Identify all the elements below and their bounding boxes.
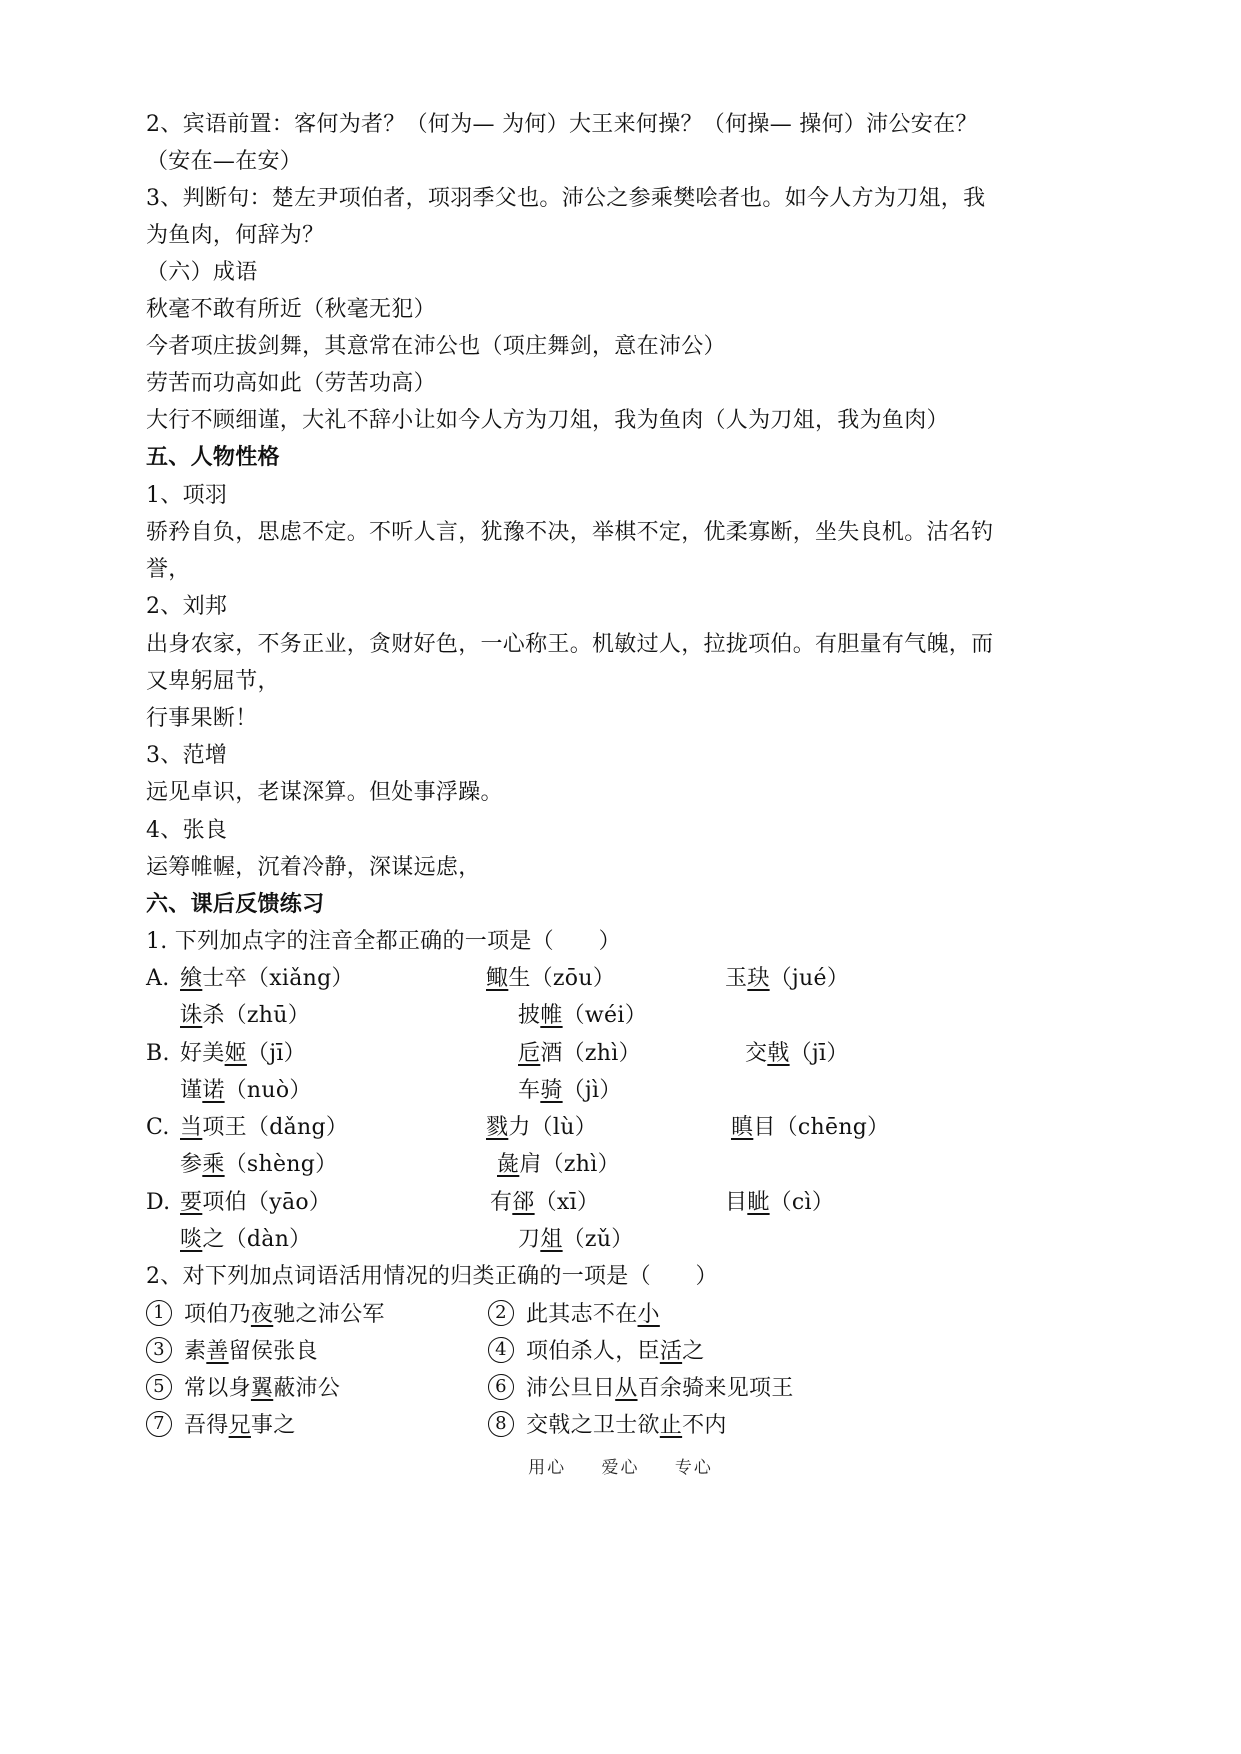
underlined-char: 彘 xyxy=(497,1152,519,1177)
text-fragment: （cì） xyxy=(770,1190,835,1215)
text-fragment: （zǔ） xyxy=(563,1227,634,1252)
footer-text: 爱心 xyxy=(602,1458,640,1478)
character-desc: 行事果断！ xyxy=(146,704,258,734)
text-fragment: 不内 xyxy=(682,1413,727,1438)
character-desc: 出身农家，不务正业，贪财好色，一心称王。机敏过人，拉拢项伯。有胆量有气魄，而 xyxy=(146,630,993,660)
option-item: 玉玦（jué） xyxy=(725,964,849,994)
underlined-char: 戟 xyxy=(767,1041,789,1066)
character-desc: 又卑躬屈节， xyxy=(146,667,280,697)
option-item: 谨诺（nuò） xyxy=(180,1076,312,1106)
q2-item: 6沛公旦日从百余骑来见项王 xyxy=(488,1374,794,1404)
text-fragment: 此其志不在 xyxy=(526,1302,638,1327)
underlined-char: 卮 xyxy=(518,1041,540,1066)
option-label: C. xyxy=(146,1113,170,1143)
text-fragment: 蔽沛公 xyxy=(273,1376,340,1401)
underlined-char: 翼 xyxy=(251,1376,273,1401)
option-item: 披帷（wéi） xyxy=(518,1001,647,1031)
underlined-char: 姬 xyxy=(225,1041,247,1066)
text-fragment: 目（chēng） xyxy=(753,1115,889,1140)
character-desc: 誉， xyxy=(146,555,191,585)
idiom-line: 秋毫不敢有所近（秋毫无犯） xyxy=(146,295,436,325)
underlined-char: 乘 xyxy=(202,1152,224,1177)
text-fragment: 士卒（xiǎng） xyxy=(202,966,354,991)
text-fragment: （jì） xyxy=(563,1078,622,1103)
q2-item: 5常以身翼蔽沛公 xyxy=(146,1374,340,1404)
text-fragment: （jī） xyxy=(247,1041,306,1066)
underlined-char: 帷 xyxy=(540,1003,562,1028)
option-item: 当项王（dǎng） xyxy=(180,1113,348,1143)
q2-item: 4项伯杀人，臣活之 xyxy=(488,1337,704,1367)
text-fragment: （xī） xyxy=(535,1190,600,1215)
text-fragment: （jī） xyxy=(790,1041,849,1066)
subsection-heading: （六）成语 xyxy=(146,258,258,288)
underlined-char: 诺 xyxy=(202,1078,224,1103)
footer-text: 专心 xyxy=(675,1458,713,1478)
circled-number: 7 xyxy=(146,1411,172,1437)
text-fragment: 车 xyxy=(518,1078,540,1103)
text-fragment: 项伯乃 xyxy=(184,1302,251,1327)
character-desc: 骄矜自负，思虑不定。不听人言，犹豫不决，举棋不定，优柔寡断，坐失良机。沽名钓 xyxy=(146,518,993,548)
option-item: 车骑（jì） xyxy=(518,1076,622,1106)
text-fragment: （jué） xyxy=(770,966,850,991)
text-line: 为鱼肉，何辞为？ xyxy=(146,221,324,251)
q2-item: 2此其志不在小 xyxy=(488,1300,660,1330)
option-item: 要项伯（yāo） xyxy=(180,1188,331,1218)
text-fragment: 玉 xyxy=(725,966,747,991)
underlined-char: 善 xyxy=(206,1339,228,1364)
underlined-char: 兄 xyxy=(229,1413,251,1438)
q2-item: 1项伯乃夜驰之沛公军 xyxy=(146,1300,385,1330)
text-fragment: 留侯张良 xyxy=(229,1339,318,1364)
idiom-line: 劳苦而功高如此（劳苦功高） xyxy=(146,369,436,399)
text-fragment: 肩（zhì） xyxy=(519,1152,620,1177)
underlined-char: 诛 xyxy=(180,1003,202,1028)
underlined-char: 郤 xyxy=(512,1190,534,1215)
underlined-char: 当 xyxy=(180,1115,202,1140)
text-fragment: 谨 xyxy=(180,1078,202,1103)
option-item: 参乘（shèng） xyxy=(180,1150,337,1180)
option-item: 瞋目（chēng） xyxy=(731,1113,889,1143)
underlined-char: 俎 xyxy=(540,1227,562,1252)
text-fragment: 参 xyxy=(180,1152,202,1177)
option-item: 目眦（cì） xyxy=(725,1188,834,1218)
text-fragment: 项伯（yāo） xyxy=(202,1190,331,1215)
text-fragment: 酒（zhì） xyxy=(540,1041,641,1066)
text-fragment: 常以身 xyxy=(184,1376,251,1401)
circled-number: 5 xyxy=(146,1374,172,1400)
text-fragment: 吾得 xyxy=(184,1413,229,1438)
option-item: 彘肩（zhì） xyxy=(497,1150,620,1180)
q2-item: 7吾得兄事之 xyxy=(146,1411,296,1441)
underlined-char: 止 xyxy=(660,1413,682,1438)
question-stem: 1. 下列加点字的注音全都正确的一项是（ ） xyxy=(146,927,621,957)
text-fragment: （wéi） xyxy=(563,1003,647,1028)
option-item: 有郤（xī） xyxy=(490,1188,599,1218)
circled-number: 4 xyxy=(488,1337,514,1363)
idiom-line: 今者项庄拔剑舞，其意常在沛公也（项庄舞剑，意在沛公） xyxy=(146,332,726,362)
option-item: 啖之（dàn） xyxy=(180,1225,311,1255)
option-item: 鲰生（zōu） xyxy=(486,964,615,994)
underlined-char: 从 xyxy=(615,1376,637,1401)
option-label: B. xyxy=(146,1039,170,1069)
text-fragment: 力（lù） xyxy=(508,1115,597,1140)
underlined-char: 玦 xyxy=(747,966,769,991)
text-fragment: 有 xyxy=(490,1190,512,1215)
text-fragment: 披 xyxy=(518,1003,540,1028)
character-desc: 远见卓识，老谋深算。但处事浮躁。 xyxy=(146,778,503,808)
question-stem: 2、对下列加点词语活用情况的归类正确的一项是（ ） xyxy=(146,1262,718,1292)
circled-number: 1 xyxy=(146,1300,172,1326)
option-label: D. xyxy=(146,1188,170,1218)
text-fragment: 杀（zhū） xyxy=(202,1003,310,1028)
underlined-char: 戮 xyxy=(486,1115,508,1140)
section-heading: 五、人物性格 xyxy=(146,443,280,473)
underlined-char: 啖 xyxy=(180,1227,202,1252)
text-fragment: 沛公旦日 xyxy=(526,1376,615,1401)
text-line: 3、判断句：楚左尹项伯者，项羽季父也。沛公之参乘樊哙者也。如今人方为刀俎，我 xyxy=(146,184,985,214)
text-fragment: （shèng） xyxy=(225,1152,338,1177)
text-fragment: 项伯杀人，臣 xyxy=(526,1339,660,1364)
q2-item: 3素善留侯张良 xyxy=(146,1337,318,1367)
option-item: 诛杀（zhū） xyxy=(180,1001,310,1031)
underlined-char: 要 xyxy=(180,1190,202,1215)
text-fragment: 目 xyxy=(725,1190,747,1215)
option-item: 刀俎（zǔ） xyxy=(518,1225,634,1255)
option-item: 交戟（jī） xyxy=(745,1039,849,1069)
underlined-char: 活 xyxy=(660,1339,682,1364)
text-line: 2、宾语前置：客何为者？（何为— 为何）大王来何操？（何操— 操何）沛公安在？ xyxy=(146,110,978,140)
option-item: 戮力（lù） xyxy=(486,1113,597,1143)
text-fragment: 之（dàn） xyxy=(202,1227,311,1252)
underlined-char: 夜 xyxy=(251,1302,273,1327)
text-line: （安在—在安） xyxy=(146,147,302,177)
circled-number: 2 xyxy=(488,1300,514,1326)
character-desc: 运筹帷幄，沉着冷静，深谋远虑， xyxy=(146,853,481,883)
footer-text: 用心 xyxy=(528,1458,566,1478)
idiom-line: 大行不顾细谨，大礼不辞小让如今人方为刀俎，我为鱼肉（人为刀俎，我为鱼肉） xyxy=(146,406,949,436)
text-fragment: 交戟之卫士欲 xyxy=(526,1413,660,1438)
character-name: 2、刘邦 xyxy=(146,592,227,622)
underlined-char: 瞋 xyxy=(731,1115,753,1140)
q2-item: 8交戟之卫士欲止不内 xyxy=(488,1411,727,1441)
text-fragment: 之 xyxy=(682,1339,704,1364)
text-fragment: 交 xyxy=(745,1041,767,1066)
underlined-char: 鲰 xyxy=(486,966,508,991)
option-item: 好美姬（jī） xyxy=(180,1039,306,1069)
underlined-char: 小 xyxy=(638,1302,660,1327)
underlined-char: 飨 xyxy=(180,966,202,991)
circled-number: 8 xyxy=(488,1411,514,1437)
option-item: 飨士卒（xiǎng） xyxy=(180,964,354,994)
circled-number: 3 xyxy=(146,1337,172,1363)
document-page: 2、宾语前置：客何为者？（何为— 为何）大王来何操？（何操— 操何）沛公安在？ … xyxy=(0,0,1241,1754)
character-name: 1、项羽 xyxy=(146,481,227,511)
character-name: 4、张良 xyxy=(146,816,227,846)
circled-number: 6 xyxy=(488,1374,514,1400)
option-item: 卮酒（zhì） xyxy=(518,1039,641,1069)
character-name: 3、范增 xyxy=(146,741,227,771)
text-fragment: 生（zōu） xyxy=(508,966,615,991)
text-fragment: 百余骑来见项王 xyxy=(638,1376,794,1401)
underlined-char: 眦 xyxy=(747,1190,769,1215)
text-fragment: （nuò） xyxy=(225,1078,312,1103)
text-fragment: 好美 xyxy=(180,1041,225,1066)
page-footer: 用心 爱心 专心 xyxy=(0,1453,1241,1478)
option-label: A. xyxy=(146,964,169,994)
section-heading: 六、课后反馈练习 xyxy=(146,890,324,920)
underlined-char: 骑 xyxy=(540,1078,562,1103)
text-fragment: 项王（dǎng） xyxy=(202,1115,348,1140)
text-fragment: 驰之沛公军 xyxy=(273,1302,385,1327)
text-fragment: 刀 xyxy=(518,1227,540,1252)
text-fragment: 事之 xyxy=(251,1413,296,1438)
text-fragment: 素 xyxy=(184,1339,206,1364)
